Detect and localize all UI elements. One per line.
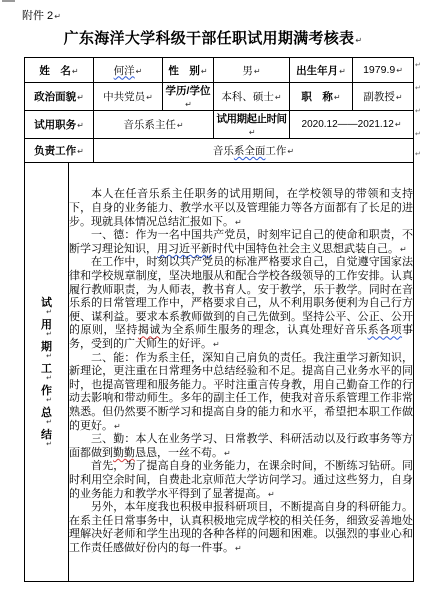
professional-title-label-text: 职 称 bbox=[301, 91, 333, 103]
professional-title-label: 职 称↵ bbox=[290, 83, 353, 111]
attachment-label: 附件 2↵ bbox=[22, 7, 61, 23]
summary-label-char: 结 bbox=[41, 429, 52, 441]
probation-period-label-text: 试用期起止时间 bbox=[217, 113, 287, 125]
summary-paragraph: 二、能：作为系主任，深知自己肩负的责任。我注重学习新知识，新理论，更注重在日常理… bbox=[69, 352, 413, 434]
paragraph-mark: ↵ bbox=[395, 120, 402, 129]
paragraph-mark: ↵ bbox=[185, 100, 192, 109]
misspelled-text-segment: 何洋 bbox=[114, 65, 135, 77]
paragraph-mark: ↵ bbox=[41, 375, 52, 382]
birth-label-text: 出生年月 bbox=[296, 65, 338, 77]
summary-section-label: 试↵用↵期↵工↵作↵总↵结↵ bbox=[25, 163, 69, 582]
summary-label-char-block: 结↵ bbox=[41, 429, 52, 448]
probation-period-value-text: 2020.12——2021.12 bbox=[302, 119, 394, 130]
gender-value-text: 男 bbox=[242, 65, 253, 77]
paragraph-mark: ↵ bbox=[213, 340, 220, 349]
paragraph-mark: ↵ bbox=[396, 66, 403, 75]
paragraph-mark: ↵ bbox=[287, 147, 294, 156]
row-end-mark: ↵ bbox=[415, 61, 421, 69]
birth-label: 出生年月↵ bbox=[290, 58, 353, 83]
misspelled-text-segment: 系全面 bbox=[234, 145, 266, 157]
paragraph-mark: ↵ bbox=[268, 490, 275, 499]
political-status-value-text: 中共党员 bbox=[103, 91, 145, 103]
professional-title-value-text: 副教授 bbox=[363, 91, 395, 103]
political-status-label-text: 政治面貌 bbox=[34, 91, 76, 103]
misspelled-text-segment: 系各项 bbox=[368, 324, 402, 336]
summary-paragraph: 另外，本年度我也积极申报科研项目，不断提高自身的科研能力。在系主任日常事务中，认… bbox=[69, 501, 413, 555]
summary-label-char: 工 bbox=[41, 363, 52, 375]
name-value-text: 何洋 bbox=[114, 65, 135, 77]
paragraph-mark: ↵ bbox=[235, 544, 242, 553]
paragraph-mark: ↵ bbox=[72, 67, 79, 76]
summary-label-char: 用 bbox=[41, 319, 52, 331]
misspelled-text-segment: 用习近平新 bbox=[157, 243, 212, 255]
row-end-mark: ↵ bbox=[415, 107, 421, 115]
attachment-label-text: 附件 2 bbox=[22, 10, 53, 22]
row-end-mark: ↵ bbox=[415, 130, 421, 138]
paragraph-mark: ↵ bbox=[396, 93, 403, 102]
summary-paragraph: 一、德：作为一名中国共产党员，时刻牢记自己的使命和职责，不断学习理论知识，用习近… bbox=[69, 229, 413, 256]
paragraph-mark: ↵ bbox=[41, 331, 52, 338]
summary-label-char: 总 bbox=[41, 407, 52, 419]
name-label: 姓 名↵ bbox=[25, 58, 94, 83]
probation-period-value: 2020.12——2021.12↵ bbox=[290, 111, 414, 139]
paragraph-mark: ↵ bbox=[41, 441, 52, 448]
summary-label-char-block: 试↵ bbox=[41, 297, 52, 316]
text-segment: 恳恳，一丝不苟。 bbox=[135, 447, 223, 459]
name-label-text: 姓 名 bbox=[39, 65, 71, 77]
probation-period-label: 试用期起止时间↵ bbox=[214, 111, 290, 139]
professional-title-value: 副教授↵ bbox=[353, 83, 414, 111]
page-title-text: 广东海洋大学科级干部任职试用期满考核表 bbox=[64, 30, 355, 47]
paragraph-mark: ↵ bbox=[339, 67, 346, 76]
education-label: 学历/学位↵ bbox=[163, 83, 214, 111]
education-value-text: 本科、硕士 bbox=[221, 91, 274, 103]
paragraph-mark: ↵ bbox=[254, 67, 261, 76]
summary-section-body: 本人在任音乐系主任职务的试用期间，在学校领导的带领和支持下，自身的业务能力、教学… bbox=[69, 163, 414, 582]
text-segment: 音乐 bbox=[213, 145, 234, 157]
misspelled-text-segment: 揭诚 bbox=[138, 324, 161, 336]
probation-position-label-text: 试用职务 bbox=[34, 119, 76, 131]
page-title: 广东海洋大学科级干部任职试用期满考核表↵ bbox=[0, 27, 426, 48]
paragraph-mark: ↵ bbox=[334, 93, 341, 102]
education-value: 本科、硕士↵ bbox=[214, 83, 290, 111]
paragraph-mark: ↵ bbox=[54, 12, 61, 21]
birth-value-text: 1979.9 bbox=[363, 64, 395, 76]
summary-paragraph: 首先，为了提高自身的业务能力，在课余时间，不断练习钻研。同时利用空余时间，自费赴… bbox=[69, 460, 413, 501]
row-end-mark: ↵ bbox=[415, 150, 421, 158]
text-segment: 首先，为了提高自身的业务能力，在课余时间，不断练习钻研。同时利用空余时间，自费赴… bbox=[69, 460, 413, 499]
summary-label-char-block: 作↵ bbox=[41, 385, 52, 404]
summary-label-char-block: 期↵ bbox=[41, 341, 52, 360]
summary-label-char-block: 工↵ bbox=[41, 363, 52, 382]
responsible-work-label-text: 负责工作 bbox=[34, 145, 76, 157]
responsible-work-value: 音乐系全面工作↵ bbox=[94, 139, 414, 163]
summary-label-char: 试 bbox=[41, 297, 52, 309]
misspelled-text-segment: 勤勤 bbox=[113, 447, 135, 459]
summary-label-char-block: 用↵ bbox=[41, 319, 52, 338]
responsible-work-value-text: 音乐系全面工作 bbox=[213, 145, 287, 157]
summary-paragraph: 三、勤：本人在业务学习、日常教学、科研活动以及行政事务等方面都做到勤勤恳恳，一丝… bbox=[69, 433, 413, 460]
paragraph-mark: ↵ bbox=[224, 449, 231, 458]
paragraph-mark: ↵ bbox=[41, 419, 52, 426]
paragraph-mark: ↵ bbox=[146, 93, 153, 102]
summary-label-char: 期 bbox=[41, 341, 52, 353]
summary-label-char: 作 bbox=[41, 385, 52, 397]
name-value: 何洋↵ bbox=[94, 58, 163, 83]
paragraph-mark: ↵ bbox=[41, 353, 52, 360]
education-label-text: 学历/学位 bbox=[166, 85, 211, 97]
political-status-value: 中共党员↵ bbox=[94, 83, 163, 111]
text-segment: 工作 bbox=[265, 145, 286, 157]
assessment-form-table: 姓 名↵ 何洋↵ 性 别↵ 男↵ 出生年月↵ 1979.9↵ 政治面貌↵ 中共党… bbox=[24, 57, 414, 582]
page-edge-artifact bbox=[2, 0, 15, 2]
probation-position-value: 音乐系主任↵ bbox=[94, 111, 214, 139]
paragraph-mark: ↵ bbox=[114, 422, 121, 431]
gender-label-text: 性 别 bbox=[168, 65, 200, 77]
paragraph-mark: ↵ bbox=[201, 67, 208, 76]
gender-value: 男↵ bbox=[214, 58, 290, 83]
summary-paragraph: 在工作中，时刻以共产党员的标准严格要求自己，自觉遵守国家法律和学校规章制度，坚决… bbox=[69, 256, 413, 351]
probation-position-value-text: 音乐系主任 bbox=[123, 119, 176, 131]
probation-position-label: 试用职务↵ bbox=[25, 111, 94, 139]
text-segment: 为全系师生服务的理念，认真处理好音乐 bbox=[161, 324, 368, 336]
paragraph-mark: ↵ bbox=[355, 36, 362, 45]
summary-text: 本人在任音乐系主任职务的试用期间，在学校领导的带领和支持下，自身的业务能力、教学… bbox=[69, 188, 413, 555]
paragraph-mark: ↵ bbox=[177, 121, 184, 130]
paragraph-mark: ↵ bbox=[41, 397, 52, 404]
paragraph-mark: ↵ bbox=[275, 93, 282, 102]
gender-label: 性 别↵ bbox=[163, 58, 214, 83]
text-segment: 二、能：作为系主任，深知自己肩负的责任。我注重学习新知识，新理论，更注重在日常理… bbox=[69, 352, 413, 432]
paragraph-mark: ↵ bbox=[400, 245, 407, 254]
summary-section-label-chars: 试↵用↵期↵工↵作↵总↵结↵ bbox=[25, 297, 68, 448]
paragraph-mark: ↵ bbox=[77, 121, 84, 130]
paragraph-mark: ↵ bbox=[136, 67, 143, 76]
summary-label-char-block: 总↵ bbox=[41, 407, 52, 426]
text-segment: 时代中国特色社会主义思想武装自己。 bbox=[212, 243, 399, 255]
row-end-mark: ↵ bbox=[415, 84, 421, 92]
paragraph-mark: ↵ bbox=[77, 147, 84, 156]
paragraph-mark: ↵ bbox=[77, 93, 84, 102]
political-status-label: 政治面貌↵ bbox=[25, 83, 94, 111]
responsible-work-label: 负责工作↵ bbox=[25, 139, 94, 163]
paragraph-mark: ↵ bbox=[235, 218, 242, 227]
paragraph-mark: ↵ bbox=[249, 128, 255, 137]
summary-paragraph: 本人在任音乐系主任职务的试用期间，在学校领导的带领和支持下，自身的业务能力、教学… bbox=[69, 188, 413, 229]
paragraph-mark: ↵ bbox=[41, 309, 52, 316]
birth-value: 1979.9↵ bbox=[353, 58, 414, 83]
